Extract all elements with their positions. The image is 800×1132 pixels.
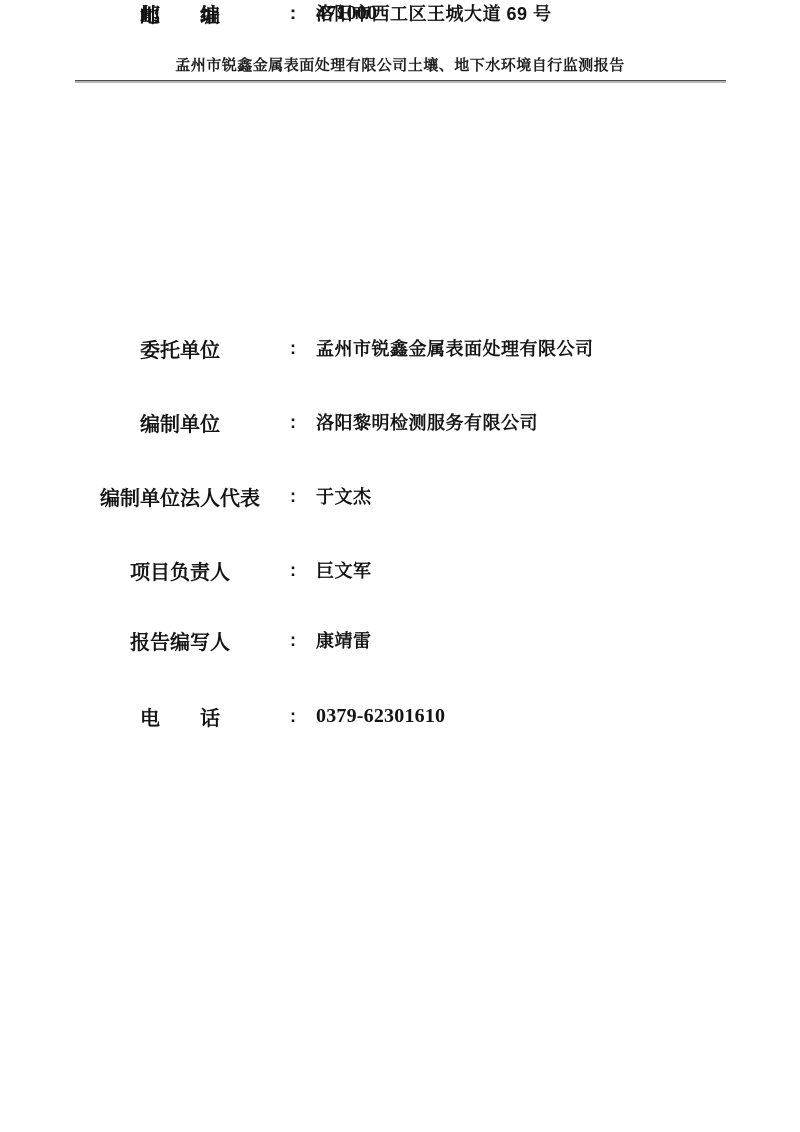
page-header-title: 孟州市锐鑫金属表面处理有限公司土壤、地下水环境自行监测报告 <box>0 54 800 75</box>
field-colon: : <box>290 560 316 581</box>
field-colon: : <box>290 706 316 727</box>
field-row-telephone: 电 话 : 0379-62301610 <box>0 703 800 729</box>
field-row-address: 地 址 : 洛阳市西工区王城大道 69 号 <box>0 0 800 26</box>
field-label: 地 址 <box>80 0 280 28</box>
field-value: 巨文军 <box>316 557 372 583</box>
header-divider-line <box>75 80 726 83</box>
field-label: 项目负责人 <box>80 556 280 585</box>
field-row-project-leader: 项目负责人 : 巨文军 <box>0 557 800 583</box>
field-value: 于文杰 <box>316 483 372 509</box>
field-value: 洛阳黎明检测服务有限公司 <box>316 409 538 435</box>
field-colon: : <box>290 486 316 507</box>
field-value: 洛阳市西工区王城大道 69 号 <box>316 0 552 26</box>
field-value: 康靖雷 <box>316 627 372 653</box>
field-label: 委托单位 <box>80 334 280 363</box>
field-label: 编制单位法人代表 <box>80 482 280 511</box>
field-row-client-unit: 委托单位 : 孟州市锐鑫金属表面处理有限公司 <box>0 335 800 361</box>
field-colon: : <box>290 412 316 433</box>
field-row-report-writer: 报告编写人 : 康靖雷 <box>0 627 800 653</box>
field-row-legal-representative: 编制单位法人代表 : 于文杰 <box>0 483 800 509</box>
field-value: 0379-62301610 <box>316 705 445 728</box>
field-row-prepared-by-unit: 编制单位 : 洛阳黎明检测服务有限公司 <box>0 409 800 435</box>
field-label: 编制单位 <box>80 408 280 437</box>
field-value: 孟州市锐鑫金属表面处理有限公司 <box>316 335 594 361</box>
field-colon: : <box>290 630 316 651</box>
document-page: 孟州市锐鑫金属表面处理有限公司土壤、地下水环境自行监测报告 委托单位 : 孟州市… <box>0 0 800 1132</box>
field-label: 报告编写人 <box>80 626 280 655</box>
field-colon: : <box>290 338 316 359</box>
field-label: 电 话 <box>80 702 280 731</box>
field-colon: : <box>290 3 316 24</box>
